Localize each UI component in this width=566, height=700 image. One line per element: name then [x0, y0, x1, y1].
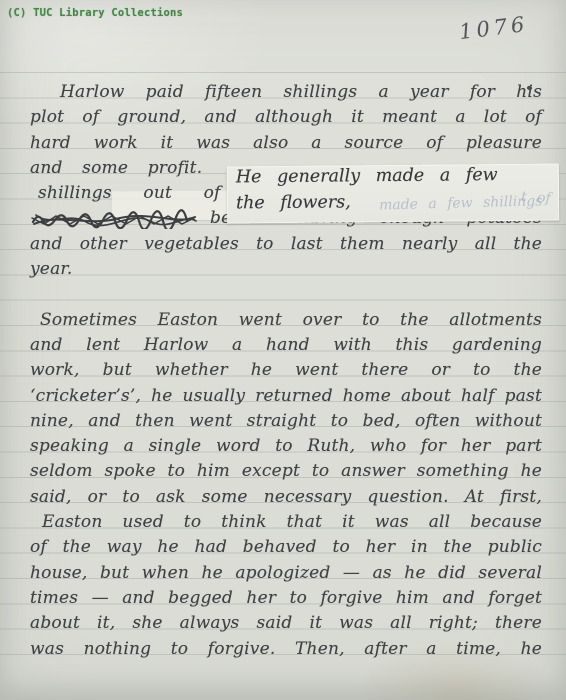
manuscript-page: (C) TUC Library Collections 1076 Harlow …	[0, 0, 566, 700]
manuscript-line: was nothing to forgive. Then, after a ti…	[30, 637, 542, 662]
paste-over-patch: made a few shillings t of He generally m…	[227, 164, 559, 224]
manuscript-line: Sometimes Easton went over to the allotm…	[30, 308, 542, 333]
manuscript-line: work, but whether he went there or to th…	[30, 358, 542, 383]
manuscript-line: Easton used to think that it was all bec…	[30, 510, 542, 535]
manuscript-line: seldom spoke to him except to answer som…	[30, 459, 542, 484]
manuscript-line: said, or to ask some necessary question.…	[30, 485, 542, 510]
manuscript-line: ‘cricketer’s’, he usually returned home …	[30, 384, 542, 409]
manuscript-line: of the way he had behaved to her in the …	[30, 535, 542, 560]
manuscript-line: and lent Harlow a hand with this gardeni…	[30, 333, 542, 358]
scribbled-out-word	[30, 209, 198, 229]
patch-line: the flowers,	[236, 192, 351, 213]
manuscript-line: year.	[30, 257, 542, 282]
manuscript-line: speaking a single word to Ruth, who for …	[30, 434, 542, 459]
library-watermark: (C) TUC Library Collections	[7, 7, 183, 19]
manuscript-line: house, but when he apologized — as he di…	[30, 561, 542, 586]
manuscript-line: and other vegetables to last them nearly…	[30, 232, 542, 257]
patch-line: He generally made a few	[236, 165, 498, 187]
manuscript-line: Harlow paid fifteen shillings a year for…	[30, 80, 542, 105]
page-number: 1076	[457, 12, 529, 44]
ghost-text: t of	[521, 189, 552, 207]
manuscript-line: nine, and then went straight to bed, oft…	[30, 409, 542, 434]
manuscript-line: times — and begged her to forgive him an…	[30, 586, 542, 611]
manuscript-line: about it, she always said it was all rig…	[30, 611, 542, 636]
blank-line	[30, 282, 542, 307]
ghost-text: made a few shillings	[379, 193, 543, 213]
manuscript-line: hard work it was also a source of pleasu…	[30, 131, 542, 156]
manuscript-line: plot of ground, and although it meant a …	[30, 105, 542, 130]
